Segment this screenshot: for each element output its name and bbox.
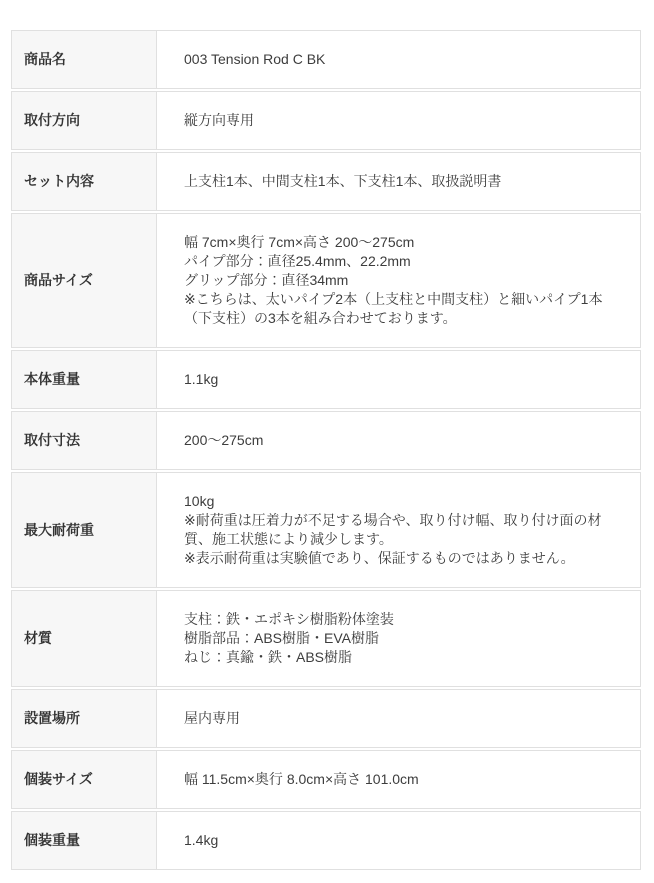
- spec-row-body-weight: 本体重量 1.1kg: [11, 350, 641, 409]
- spec-value: 200〜275cm: [157, 411, 641, 470]
- spec-value: 屋内専用: [157, 689, 641, 748]
- spec-row-set-contents: セット内容 上支柱1本、中間支柱1本、下支柱1本、取扱説明書: [11, 152, 641, 211]
- spec-row-package-size: 個装サイズ 幅 11.5cm×奥行 8.0cm×高さ 101.0cm: [11, 750, 641, 809]
- spec-value: 003 Tension Rod C BK: [157, 30, 641, 89]
- spec-value: 10kg ※耐荷重は圧着力が不足する場合や、取り付け幅、取り付け面の材質、施工状…: [157, 472, 641, 588]
- spec-value: 1.1kg: [157, 350, 641, 409]
- spec-label: 商品名: [11, 30, 157, 89]
- spec-label: 取付方向: [11, 91, 157, 150]
- spec-row-package-weight: 個装重量 1.4kg: [11, 811, 641, 870]
- product-spec-table: 商品名 003 Tension Rod C BK 取付方向 縦方向専用 セット内…: [11, 30, 641, 870]
- spec-row-product-name: 商品名 003 Tension Rod C BK: [11, 30, 641, 89]
- spec-label: 個装サイズ: [11, 750, 157, 809]
- spec-value: 幅 7cm×奥行 7cm×高さ 200〜275cm パイプ部分：直径25.4mm…: [157, 213, 641, 348]
- spec-row-mount-direction: 取付方向 縦方向専用: [11, 91, 641, 150]
- spec-label: 個装重量: [11, 811, 157, 870]
- spec-row-mount-dimensions: 取付寸法 200〜275cm: [11, 411, 641, 470]
- spec-value: 支柱：鉄・エポキシ樹脂粉体塗装 樹脂部品：ABS樹脂・EVA樹脂 ねじ：真鍮・鉄…: [157, 590, 641, 687]
- spec-value: 上支柱1本、中間支柱1本、下支柱1本、取扱説明書: [157, 152, 641, 211]
- spec-label: 商品サイズ: [11, 213, 157, 348]
- spec-value: 幅 11.5cm×奥行 8.0cm×高さ 101.0cm: [157, 750, 641, 809]
- spec-row-material: 材質 支柱：鉄・エポキシ樹脂粉体塗装 樹脂部品：ABS樹脂・EVA樹脂 ねじ：真…: [11, 590, 641, 687]
- spec-row-product-size: 商品サイズ 幅 7cm×奥行 7cm×高さ 200〜275cm パイプ部分：直径…: [11, 213, 641, 348]
- spec-row-max-load: 最大耐荷重 10kg ※耐荷重は圧着力が不足する場合や、取り付け幅、取り付け面の…: [11, 472, 641, 588]
- spec-row-install-location: 設置場所 屋内専用: [11, 689, 641, 748]
- spec-label: 本体重量: [11, 350, 157, 409]
- spec-label: セット内容: [11, 152, 157, 211]
- spec-label: 材質: [11, 590, 157, 687]
- spec-label: 設置場所: [11, 689, 157, 748]
- spec-label: 取付寸法: [11, 411, 157, 470]
- spec-value: 1.4kg: [157, 811, 641, 870]
- spec-label: 最大耐荷重: [11, 472, 157, 588]
- spec-value: 縦方向専用: [157, 91, 641, 150]
